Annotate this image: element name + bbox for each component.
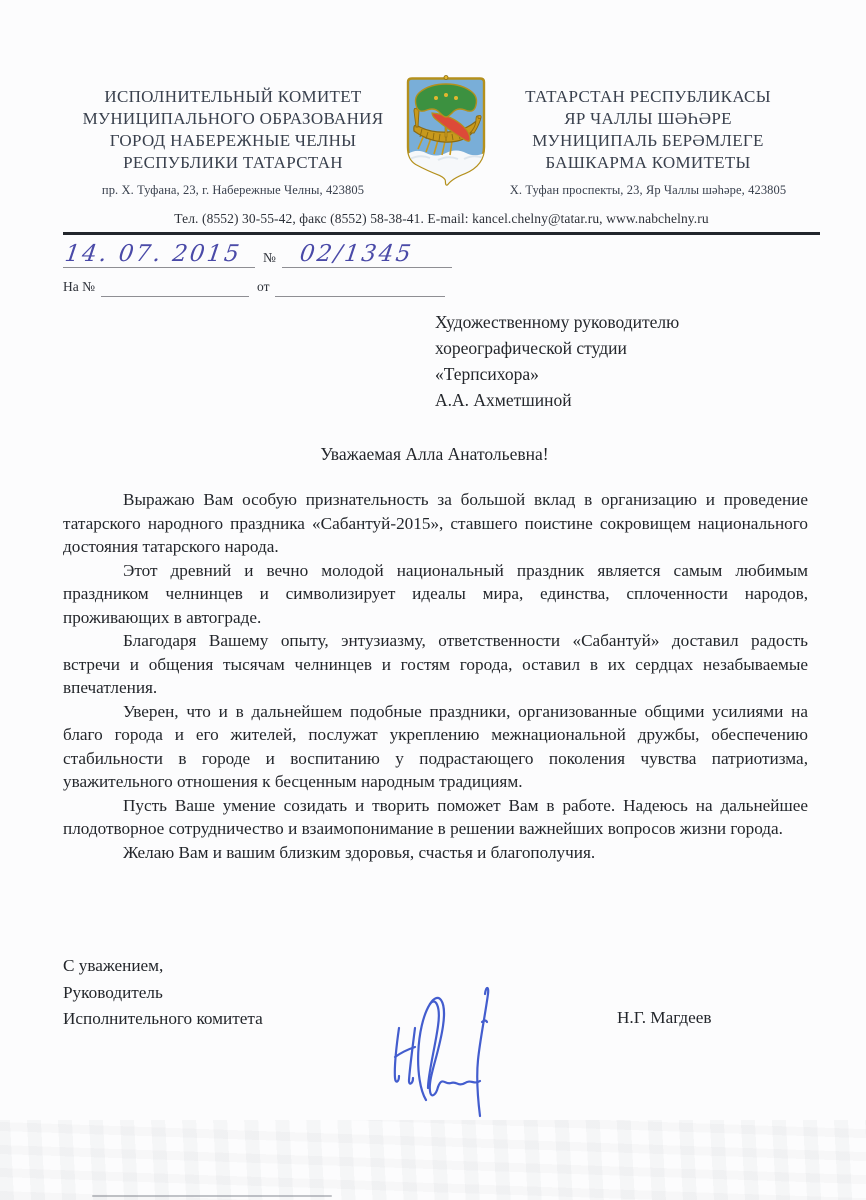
outgoing-ref-row: 14. 07. 2015 № 02/1345 xyxy=(63,241,452,268)
org-name-line: ИСПОЛНИТЕЛЬНЫЙ КОМИТЕТ xyxy=(63,86,403,108)
coat-of-arms-naberezhnye-chelny-icon xyxy=(404,75,488,189)
addressee-block: Художественному руководителю хореографич… xyxy=(435,309,679,413)
scan-texture-artifact xyxy=(0,1120,866,1200)
handwritten-signature-icon xyxy=(378,978,508,1120)
org-name-line: БАШКАРМА КОМИТЕТЫ xyxy=(488,152,808,174)
closing-line: Руководитель xyxy=(63,980,263,1007)
addressee-line: «Терпсихора» xyxy=(435,361,679,387)
incoming-ref-row: На № от xyxy=(63,278,445,297)
salutation: Уважаемая Алла Анатольевна! xyxy=(63,444,806,465)
closing-line: С уважением, xyxy=(63,953,263,980)
org-name-line: ЯР ЧАЛЛЫ ШӘҺӘРЕ xyxy=(488,108,808,130)
handwritten-date: 14. 07. 2015 xyxy=(63,241,255,268)
org-name-line: ГОРОД НАБЕРЕЖНЫЕ ЧЕЛНЫ xyxy=(63,130,403,152)
number-sign-label: № xyxy=(255,249,282,268)
org-name-line: ТАТАРСТАН РЕСПУБЛИКАСЫ xyxy=(488,86,808,108)
contact-info-line: Тел. (8552) 30-55-42, факс (8552) 58-38-… xyxy=(63,211,820,227)
handwritten-ref-number: 02/1345 xyxy=(282,241,452,268)
scanned-letter-page: ИСПОЛНИТЕЛЬНЫЙ КОМИТЕТ МУНИЦИПАЛЬНОГО ОБ… xyxy=(0,0,866,1200)
closing-block: С уважением, Руководитель Исполнительног… xyxy=(63,953,263,1033)
body-paragraph: Желаю Вам и вашим близким здоровья, счас… xyxy=(63,841,808,865)
letterhead-tatar-block: ТАТАРСТАН РЕСПУБЛИКАСЫ ЯР ЧАЛЛЫ ШӘҺӘРЕ М… xyxy=(488,86,808,198)
body-paragraph: Выражаю Вам особую признательность за бо… xyxy=(63,488,808,559)
org-name-line: МУНИЦИПАЛЬНОГО ОБРАЗОВАНИЯ xyxy=(63,108,403,130)
from-date-label: от xyxy=(249,278,275,297)
signer-name: Н.Г. Магдеев xyxy=(617,1008,712,1028)
body-paragraph: Этот древний и вечно молодой национальны… xyxy=(63,559,808,630)
body-paragraph: Благодаря Вашему опыту, энтузиазму, отве… xyxy=(63,629,808,700)
reply-number-blank xyxy=(101,279,249,297)
letterhead-divider xyxy=(63,232,820,235)
from-date-blank xyxy=(275,279,445,297)
scan-edge-artifact xyxy=(92,1195,332,1197)
org-name-line: РЕСПУБЛИКИ ТАТАРСТАН xyxy=(63,152,403,174)
addressee-line: Художественному руководителю xyxy=(435,309,679,335)
org-address-tatar: Х. Туфан проспекты, 23, Яр Чаллы шәһәре,… xyxy=(488,183,808,198)
org-address-russian: пр. Х. Туфана, 23, г. Набережные Челны, … xyxy=(63,183,403,198)
org-name-line: МУНИЦИПАЛЬ БЕРӘМЛЕГЕ xyxy=(488,130,808,152)
letter-body: Выражаю Вам особую признательность за бо… xyxy=(63,488,808,864)
letterhead: ИСПОЛНИТЕЛЬНЫЙ КОМИТЕТ МУНИЦИПАЛЬНОГО ОБ… xyxy=(63,86,808,198)
addressee-line: А.А. Ахметшиной xyxy=(435,387,679,413)
letterhead-russian-block: ИСПОЛНИТЕЛЬНЫЙ КОМИТЕТ МУНИЦИПАЛЬНОГО ОБ… xyxy=(63,86,403,198)
reply-to-label: На № xyxy=(63,278,101,297)
body-paragraph: Пусть Ваше умение созидать и творить пом… xyxy=(63,794,808,841)
addressee-line: хореографической студии xyxy=(435,335,679,361)
body-paragraph: Уверен, что и в дальнейшем подобные праз… xyxy=(63,700,808,794)
closing-line: Исполнительного комитета xyxy=(63,1006,263,1033)
